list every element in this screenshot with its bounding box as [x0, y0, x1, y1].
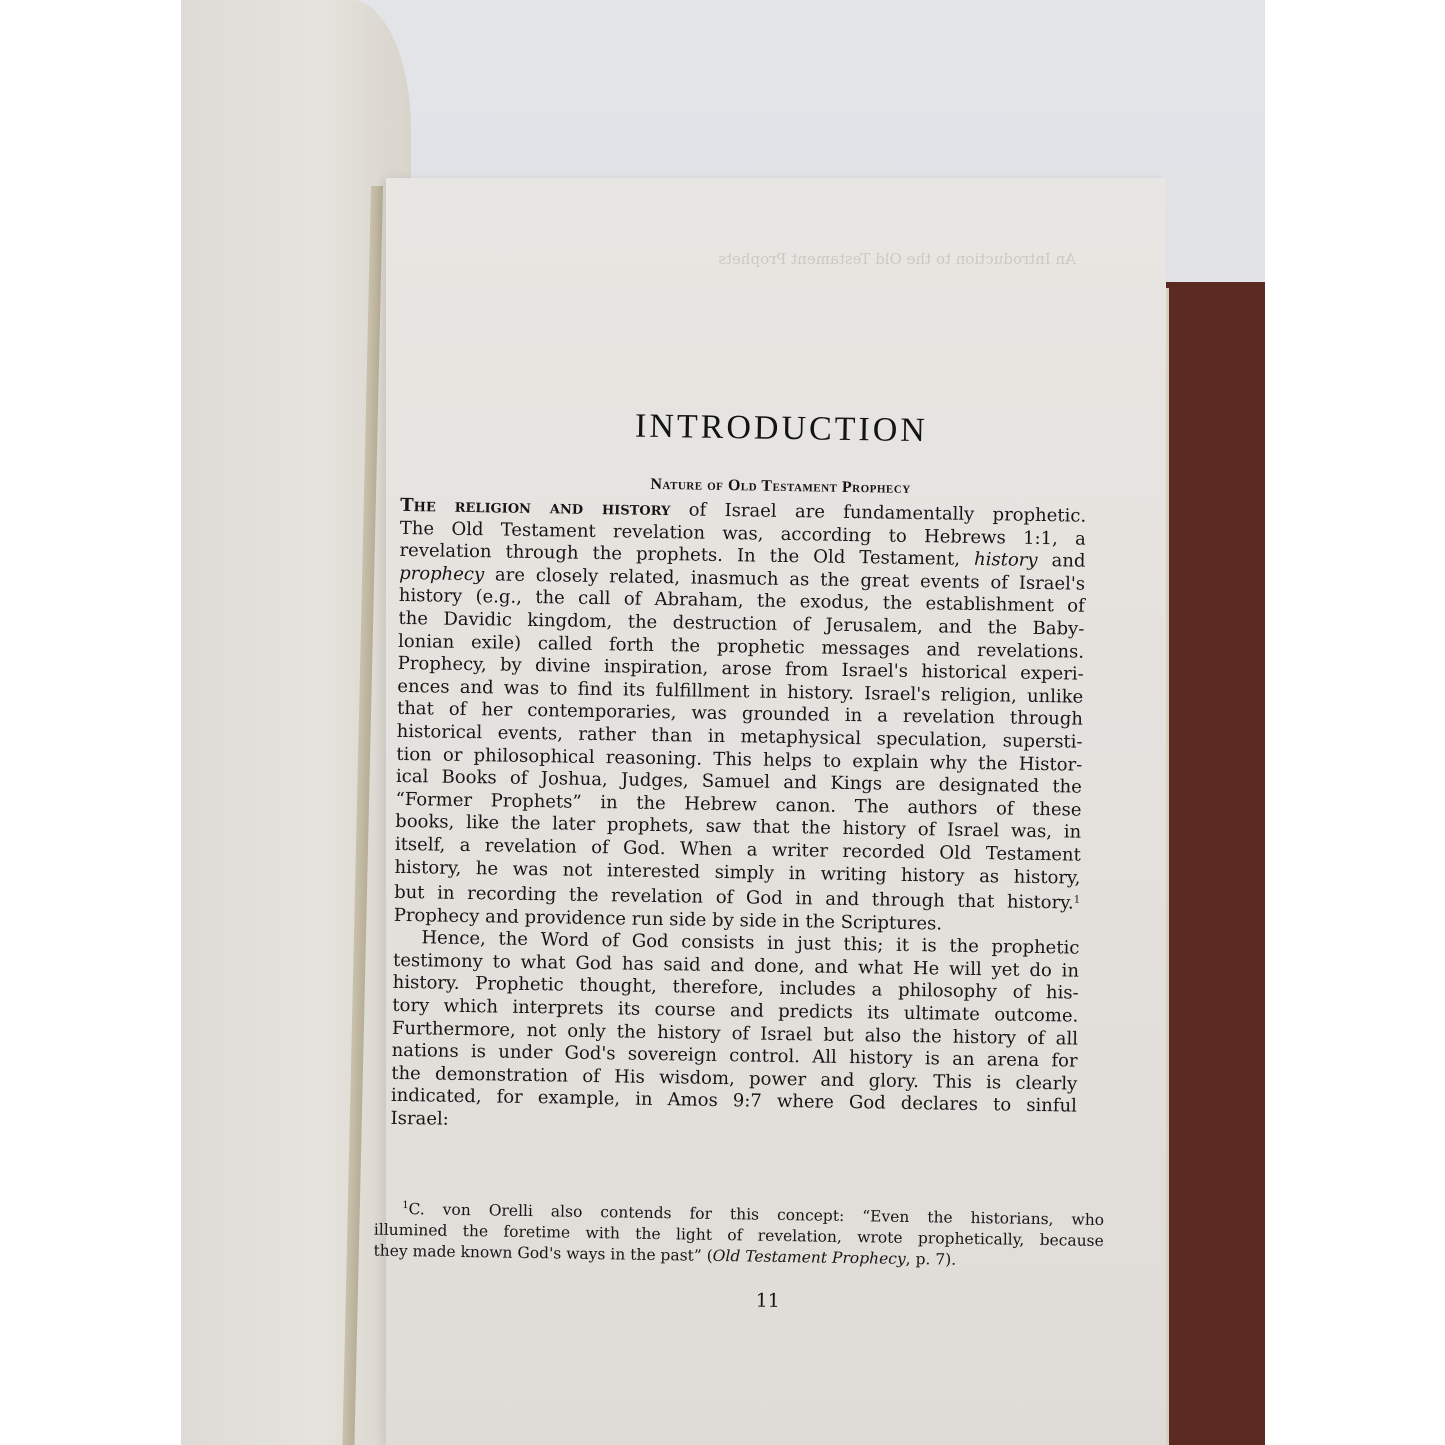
right-page: An Introduction to the Old Testament Pro…: [386, 178, 1166, 1445]
page-number: 11: [378, 1284, 1158, 1318]
lead-in: The religion and history: [400, 495, 670, 520]
chapter-title: INTRODUCTION: [391, 404, 1172, 454]
footnote: 1C. von Orelli also contends for this co…: [373, 1195, 1104, 1273]
book-photo: An Introduction to the Old Testament Pro…: [181, 0, 1265, 1445]
italic-term: history: [974, 549, 1038, 571]
cited-title: Old Testament Prophecy: [713, 1247, 906, 1268]
body-text: The religion and history of Israel are f…: [390, 495, 1086, 1141]
italic-term: prophecy: [399, 563, 484, 585]
footnote-ref[interactable]: 1: [1074, 895, 1081, 906]
page-content: INTRODUCTION Nature of Old Testament Pro…: [376, 172, 1176, 1445]
